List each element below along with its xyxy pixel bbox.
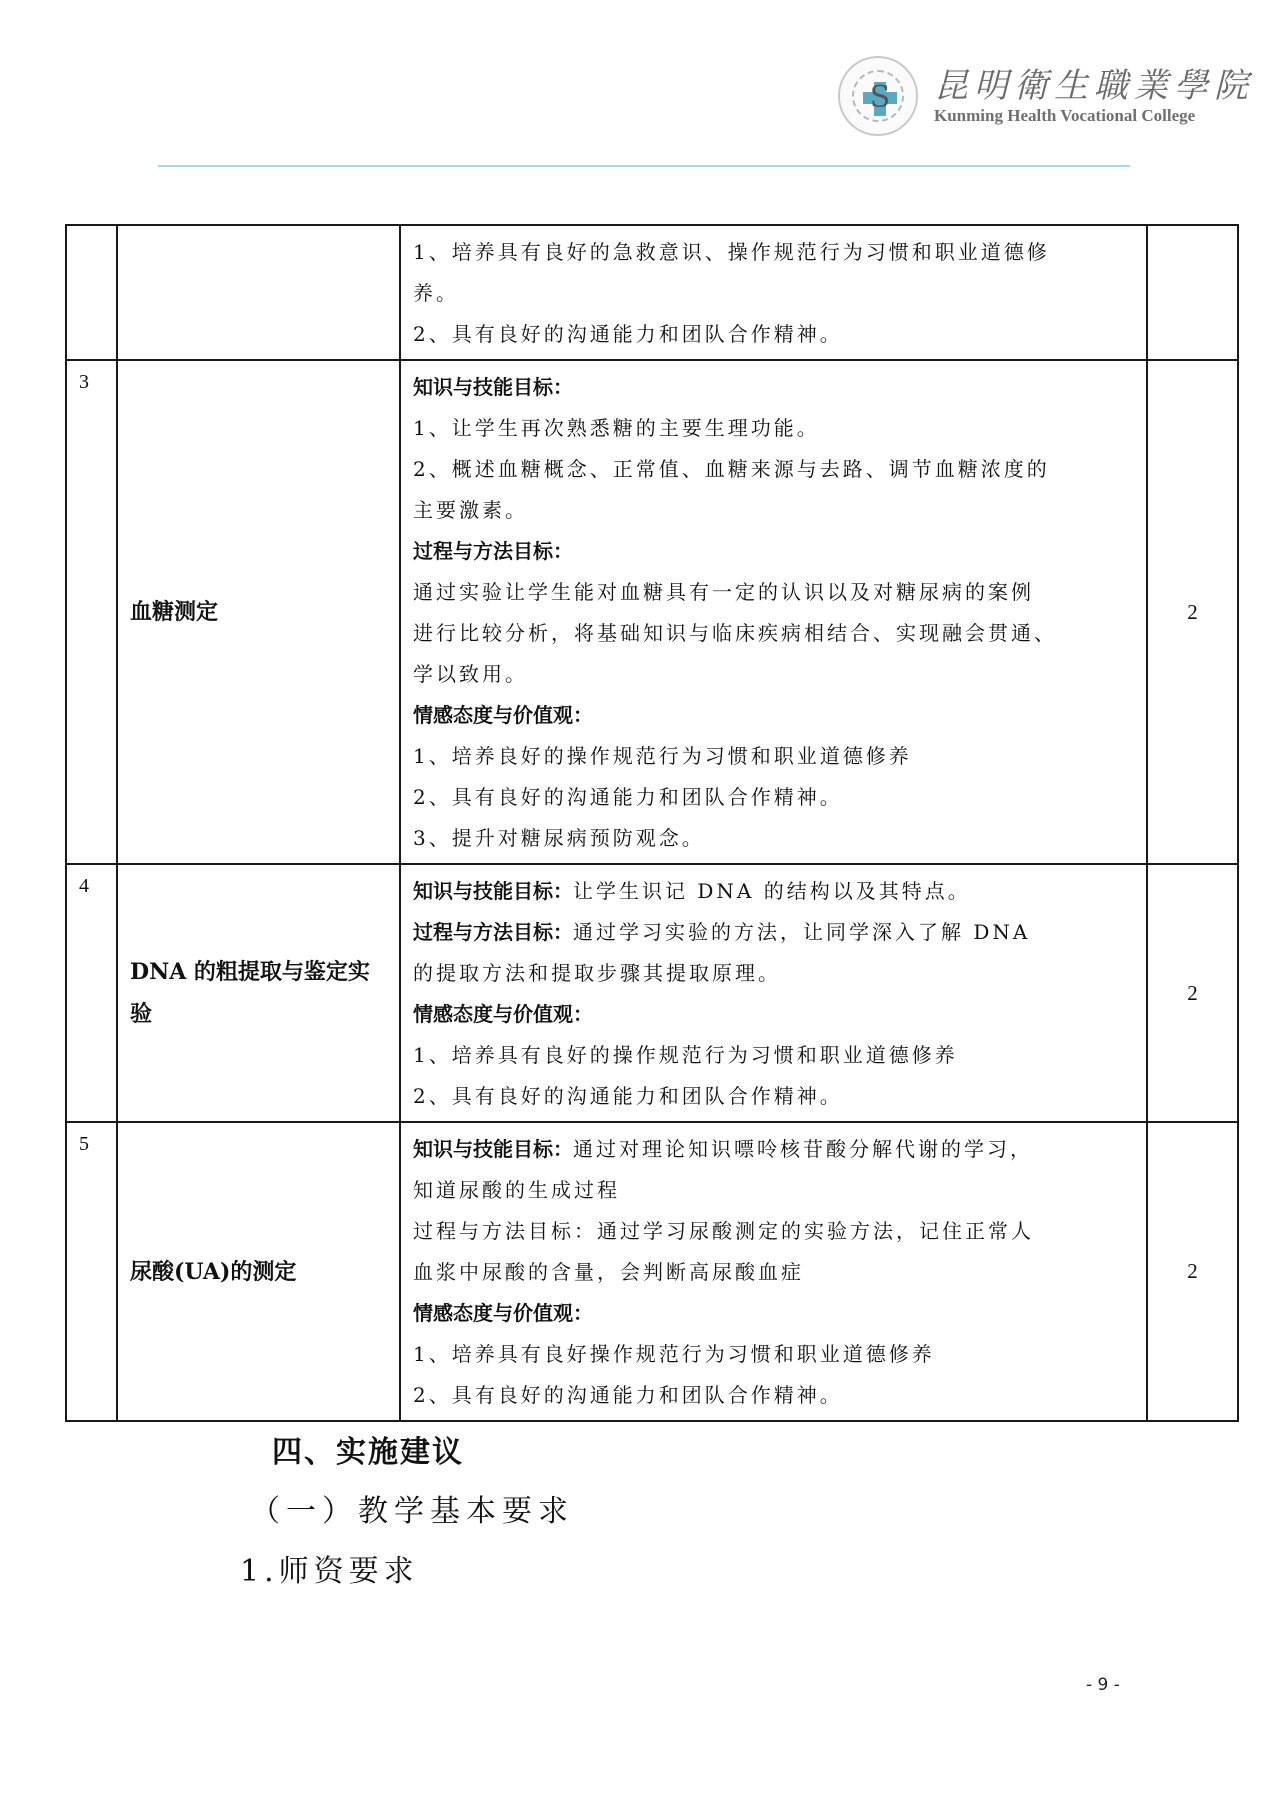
objective-text: 2、具有良好的沟通能力和团队合作精神。 xyxy=(413,322,843,346)
experiment-name-cell: 尿酸(UA)的测定 xyxy=(117,1122,400,1421)
objective-line: 1、培养具有良好的操作规范行为习惯和职业道德修养 xyxy=(413,1035,1136,1076)
objective-text: 2、具有良好的沟通能力和团队合作精神。 xyxy=(413,785,843,809)
objective-text: 1、让学生再次熟悉糖的主要生理功能。 xyxy=(413,416,820,440)
objective-text: 知道尿酸的生成过程 xyxy=(413,1178,620,1202)
objective-text: 通过对理论知识嘌呤核苷酸分解代谢的学习， xyxy=(573,1137,1033,1161)
objective-line: 学以致用。 xyxy=(413,654,1136,695)
objectives-cell: 知识与技能目标：让学生识记 DNA 的结构以及其特点。过程与方法目标：通过学习实… xyxy=(400,864,1147,1122)
class-hours-cell xyxy=(1147,225,1238,360)
objectives-cell: 知识与技能目标：1、让学生再次熟悉糖的主要生理功能。2、概述血糖概念、正常值、血… xyxy=(400,360,1147,864)
college-name-cn: 昆明衛生職業學院 xyxy=(934,58,1254,107)
objective-label: 情感态度与价值观： xyxy=(413,703,593,727)
objectives-cell: 1、培养具有良好的急救意识、操作规范行为习惯和职业道德修养。2、具有良好的沟通能… xyxy=(400,225,1147,360)
objective-line: 进行比较分析，将基础知识与临床疾病相结合、实现融会贯通、 xyxy=(413,613,1136,654)
objective-text: 让学生识记 DNA 的结构以及其特点。 xyxy=(573,879,971,903)
objective-line: 养。 xyxy=(413,273,1136,314)
class-hours-cell: 2 xyxy=(1147,1122,1238,1421)
objective-text: 学以致用。 xyxy=(413,662,528,686)
objective-line: 2、概述血糖概念、正常值、血糖来源与去路、调节血糖浓度的 xyxy=(413,449,1136,490)
objective-line: 2、具有良好的沟通能力和团队合作精神。 xyxy=(413,1076,1136,1117)
objective-line: 情感态度与价值观： xyxy=(413,994,1136,1035)
objective-line: 1、让学生再次熟悉糖的主要生理功能。 xyxy=(413,408,1136,449)
curriculum-table: 1、培养具有良好的急救意识、操作规范行为习惯和职业道德修养。2、具有良好的沟通能… xyxy=(65,224,1239,1422)
objective-line: 2、具有良好的沟通能力和团队合作精神。 xyxy=(413,1375,1136,1416)
objective-label: 情感态度与价值观： xyxy=(413,1002,593,1026)
objective-line: 3、提升对糖尿病预防观念。 xyxy=(413,818,1136,859)
objective-text: 3、提升对糖尿病预防观念。 xyxy=(413,826,705,850)
objective-text: 2、概述血糖概念、正常值、血糖来源与去路、调节血糖浓度的 xyxy=(413,457,1050,481)
table-row: 5尿酸(UA)的测定知识与技能目标：通过对理论知识嘌呤核苷酸分解代谢的学习，知道… xyxy=(66,1122,1238,1421)
objective-line: 1、培养良好的操作规范行为习惯和职业道德修养 xyxy=(413,736,1136,777)
college-seal-icon: S xyxy=(838,56,918,136)
objective-line: 的提取方法和提取步骤其提取原理。 xyxy=(413,953,1136,994)
objective-line: 2、具有良好的沟通能力和团队合作精神。 xyxy=(413,777,1136,818)
objective-line: 主要激素。 xyxy=(413,490,1136,531)
objective-text: 通过学习实验的方法，让同学深入了解 DNA xyxy=(573,920,1030,944)
objective-line: 过程与方法目标：通过学习尿酸测定的实验方法，记住正常人 xyxy=(413,1211,1136,1252)
objective-label: 知识与技能目标： xyxy=(413,375,573,399)
objective-text: 过程与方法目标：通过学习尿酸测定的实验方法，记住正常人 xyxy=(413,1219,1034,1243)
table-row: 4DNA 的粗提取与鉴定实验知识与技能目标：让学生识记 DNA 的结构以及其特点… xyxy=(66,864,1238,1122)
college-header-logo: S 昆明衛生職業學院 Kunming Health Vocational Col… xyxy=(838,56,1214,138)
row-number-cell xyxy=(66,225,117,360)
experiment-name-cell: DNA 的粗提取与鉴定实验 xyxy=(117,864,400,1122)
objective-line: 1、培养具有良好的急救意识、操作规范行为习惯和职业道德修 xyxy=(413,232,1136,273)
serpent-s-glyph: S xyxy=(868,78,892,118)
objective-line: 情感态度与价值观： xyxy=(413,695,1136,736)
objective-text: 1、培养具有良好的急救意识、操作规范行为习惯和职业道德修 xyxy=(413,240,1050,264)
row-number-cell: 5 xyxy=(66,1122,117,1421)
objective-text: 1、培养良好的操作规范行为习惯和职业道德修养 xyxy=(413,744,912,768)
objective-line: 过程与方法目标： xyxy=(413,531,1136,572)
objective-text: 主要激素。 xyxy=(413,498,528,522)
objective-line: 知识与技能目标：让学生识记 DNA 的结构以及其特点。 xyxy=(413,871,1136,912)
objectives-cell: 知识与技能目标：通过对理论知识嘌呤核苷酸分解代谢的学习，知道尿酸的生成过程过程与… xyxy=(400,1122,1147,1421)
objective-text: 1、培养具有良好的操作规范行为习惯和职业道德修养 xyxy=(413,1043,958,1067)
table-row: 3血糖测定知识与技能目标：1、让学生再次熟悉糖的主要生理功能。2、概述血糖概念、… xyxy=(66,360,1238,864)
subsection-heading: （一）教学基本要求 xyxy=(250,1486,574,1530)
objective-line: 1、培养具有良好操作规范行为习惯和职业道德修养 xyxy=(413,1334,1136,1375)
objective-label: 知识与技能目标： xyxy=(413,879,573,903)
curriculum-table-body: 1、培养具有良好的急救意识、操作规范行为习惯和职业道德修养。2、具有良好的沟通能… xyxy=(66,225,1238,1421)
objective-line: 情感态度与价值观： xyxy=(413,1293,1136,1334)
objective-label: 情感态度与价值观： xyxy=(413,1301,593,1325)
objective-line: 过程与方法目标：通过学习实验的方法，让同学深入了解 DNA xyxy=(413,912,1136,953)
objective-line: 通过实验让学生能对血糖具有一定的认识以及对糖尿病的案例 xyxy=(413,572,1136,613)
objective-line: 知识与技能目标： xyxy=(413,367,1136,408)
experiment-name-cell: 血糖测定 xyxy=(117,360,400,864)
sub-subsection-heading: 1.师资要求 xyxy=(240,1546,419,1590)
college-name-en: Kunming Health Vocational College xyxy=(934,106,1195,126)
objective-line: 知识与技能目标：通过对理论知识嘌呤核苷酸分解代谢的学习， xyxy=(413,1129,1136,1170)
objective-line: 2、具有良好的沟通能力和团队合作精神。 xyxy=(413,314,1136,355)
objective-text: 血浆中尿酸的含量，会判断高尿酸血症 xyxy=(413,1260,804,1284)
page-number: - 9 - xyxy=(1086,1675,1120,1695)
row-number-cell: 4 xyxy=(66,864,117,1122)
row-number-cell: 3 xyxy=(66,360,117,864)
objective-text: 2、具有良好的沟通能力和团队合作精神。 xyxy=(413,1383,843,1407)
objective-label: 知识与技能目标： xyxy=(413,1137,573,1161)
objective-text: 养。 xyxy=(413,281,459,305)
objective-text: 的提取方法和提取步骤其提取原理。 xyxy=(413,961,781,985)
objective-text: 1、培养具有良好操作规范行为习惯和职业道德修养 xyxy=(413,1342,935,1366)
experiment-name-cell xyxy=(117,225,400,360)
objective-label: 过程与方法目标： xyxy=(413,539,573,563)
objective-line: 知道尿酸的生成过程 xyxy=(413,1170,1136,1211)
objective-label: 过程与方法目标： xyxy=(413,920,573,944)
table-row: 1、培养具有良好的急救意识、操作规范行为习惯和职业道德修养。2、具有良好的沟通能… xyxy=(66,225,1238,360)
objective-text: 通过实验让学生能对血糖具有一定的认识以及对糖尿病的案例 xyxy=(413,580,1034,604)
objective-text: 进行比较分析，将基础知识与临床疾病相结合、实现融会贯通、 xyxy=(413,621,1057,645)
header-divider xyxy=(158,165,1130,167)
objective-line: 血浆中尿酸的含量，会判断高尿酸血症 xyxy=(413,1252,1136,1293)
objective-text: 2、具有良好的沟通能力和团队合作精神。 xyxy=(413,1084,843,1108)
class-hours-cell: 2 xyxy=(1147,864,1238,1122)
section-heading: 四、实施建议 xyxy=(272,1427,464,1471)
class-hours-cell: 2 xyxy=(1147,360,1238,864)
